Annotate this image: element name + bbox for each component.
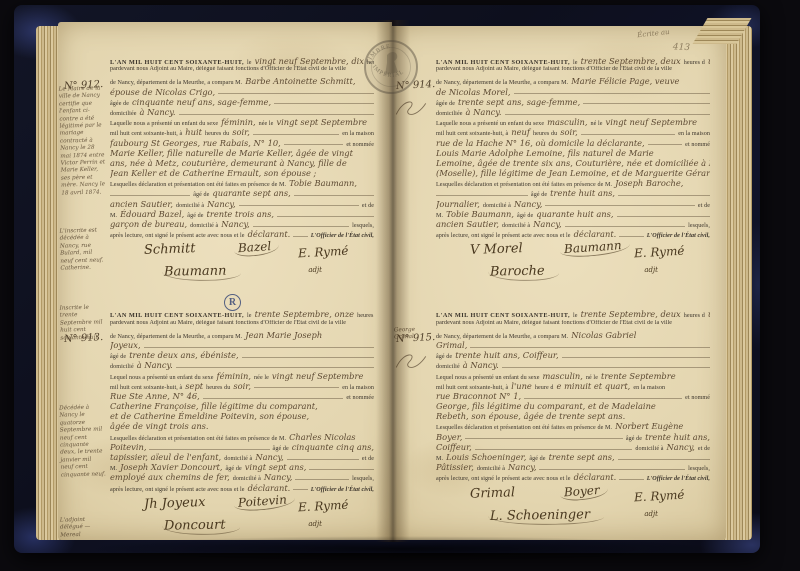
record-line: après lecture, ont signé le présent acte… [436,472,710,482]
signature: Baumann [560,238,631,259]
printed-text: mil huit cent soixante-huit, à [110,385,182,391]
printed-text: lesquels, [688,223,710,229]
printed-text: et nommé [685,395,710,401]
birth-record-913: N° 913.Inscrite le trente Septembre mil … [110,309,374,546]
printed-text: lesquels, [688,466,710,472]
birth-record-912: N° 912.Le Maire de la ville de Nancy cer… [110,56,374,293]
rule-line [242,357,374,358]
record-line: pardevant nous Adjoint au Maire, délégué… [110,320,374,330]
printed-text: et de [698,203,710,209]
printed-text: Lequel nous a présenté un enfant du sexe [436,375,540,381]
signature: L. Schoeninger [488,507,604,526]
printed-text: le [573,313,578,319]
record-line: après lecture, ont signé le présent acte… [436,229,710,239]
printed-text: et de [698,446,710,452]
printed-text: le [247,60,252,66]
margin-note: Inscrite le trente Septembre mil huit ce… [60,305,106,343]
record-line: Marie Keller, fille naturelle de Marie K… [110,148,374,158]
printed-text: domicilié à [233,476,261,482]
left-page: R N° 912.Le Maire de la ville de Nancy c… [58,22,392,540]
handwritten-text: à Nancy. [140,107,176,117]
record-line: Laquelle nous a présenté un enfant du se… [110,117,374,127]
printed-text: en la maison [342,131,374,137]
record-line: L'AN MIL HUIT CENT SOIXANTE-HUIT,letrent… [436,309,710,319]
record-line: rue de la Hache N° 16, où domicile la dé… [436,138,710,148]
printed-text: domicilié à [502,223,530,229]
printed-text: L'Officier de l'État civil, [311,233,374,239]
handwritten-text: ancien Sautier, [436,219,499,229]
record-line: Boyer,âgé detrente huit ans, [436,432,710,442]
handwritten-text: trente trois ans, [207,209,274,219]
rule-line [619,236,643,237]
printed-text: mil huit cent soixante-huit, à [436,385,508,391]
record-line: Louis Marie Adolphe Lemoine, fils nature… [436,148,710,158]
handwritten-text: trente huit ans, [645,432,710,442]
printed-text: et nommé [685,142,710,148]
handwritten-text: Pâtissier, [436,462,474,472]
printed-text: né le [590,121,602,127]
printed-text: de Nancy, département de la Meurthe, a c… [110,334,242,340]
signature: Bazel [233,239,279,258]
printed-text: heures d [684,60,705,66]
handwritten-text: vingt neuf Septembre, dix [255,56,364,66]
printed-text: lesquels, [352,476,374,482]
handwritten-text: trente sept ans, [549,452,615,462]
handwritten-text: rue de la Hache N° 16, où domicile la dé… [436,138,645,148]
printed-text: âgé de [187,213,203,219]
rule-line [470,347,710,348]
printed-text: domiciliée [110,111,137,117]
margin-note: L'adjoint délégué — Mereal [60,517,106,540]
rule-line [648,144,682,145]
printed-text: en la maison [678,131,710,137]
printed-text: M. [436,213,443,219]
record-line: L'AN MIL HUIT CENT SOIXANTE-HUIT,letrent… [436,56,710,66]
handwritten-text: à Nancy. [466,107,502,117]
handwritten-text: Joseph Xavier Doncourt, [120,462,222,472]
record-line: Rue Ste Anne, N° 46,et nommée [110,391,374,401]
handwritten-text: Nancy, [255,452,283,462]
handwritten-text: Boyer, [436,432,462,442]
handwritten-text: Nancy, [667,442,695,452]
record-line: de Nancy, département de la Meurthe, a c… [436,76,710,86]
printed-text: domicilié à [176,203,204,209]
record-line: épouse de Nicolas Crigo, [110,87,374,97]
record-line: de Nicolas Morel, [436,87,710,97]
rule-line [618,195,710,196]
printed-text: née le [259,121,274,127]
record-line: âgée decinquante neuf ans, sage-femme, [110,97,374,107]
printed-text: Lesquelles déclaration et présentation o… [110,182,286,188]
handwritten-text: vingt neuf Septembre [606,117,697,127]
rule-line [274,103,374,104]
record-line: domiciliéeà Nancy. [110,107,374,117]
printed-text: âgé de [436,354,452,360]
printed-text: pardevant nous Adjoint au Maire, délégué… [110,66,346,72]
printed-text: L'AN MIL HUIT CENT SOIXANTE-HUIT, [436,312,570,319]
record-line: M.Louis Schoeninger,âgé detrente sept an… [436,452,710,462]
signature: V Morel [470,241,523,258]
handwritten-text: Journalier, [436,199,480,209]
rule-line [475,449,633,450]
record-line: âgée detrente sept ans, sage-femme, [436,97,710,107]
printed-text: M. [436,456,443,462]
printed-text: née le [254,375,269,381]
record-line: Poitevin,âgé decinquante cinq ans, [110,442,374,452]
officer-paraph: adjt [644,266,658,274]
record-line: mil huit cent soixante-huit, àneufheures… [436,127,710,137]
record-line: domiciliéeà Nancy. [436,107,710,117]
printed-text: âgé de [626,436,642,442]
record-line: faubourg St Georges, rue Rabais, N° 10,e… [110,138,374,148]
handwritten-text: Nancy, [533,219,561,229]
officer-paraph: adjt [644,510,658,518]
printed-text: Lesquelles déclaration et présentation o… [110,436,286,442]
printed-text: âgée de [110,101,129,107]
officer-signature: E. Rymé [633,244,684,261]
record-line: Lemoine, âgée de trente six ans, Couturi… [436,158,710,168]
printed-text: heures du [205,131,229,137]
handwritten-text: Rebeth, son épouse, âgée de trente sept … [436,411,625,421]
printed-text: Lesquelles déclaration et présentation o… [436,425,612,431]
record-line: Lesquelles déclaration et présentation o… [436,421,710,431]
record-line: M.Joseph Xavier Doncourt,âgé devingt sep… [110,462,374,472]
printed-text: Laquelle nous a présenté un enfant du se… [110,121,218,127]
printed-text: Lequel nous a présenté un enfant du sexe [110,375,214,381]
rule-line [539,469,685,470]
rule-line [583,103,710,104]
printed-text: L'AN MIL HUIT CENT SOIXANTE-HUIT, [110,312,244,319]
handwritten-text: masculin, [543,371,583,381]
handwritten-text: quarante sept ans, [212,188,290,198]
handwritten-text: neuf [511,127,530,137]
handwritten-text: Barbe Antoinette Schmitt, [245,76,355,86]
printed-text: domicilié à [477,466,505,472]
handwritten-text: vingt sept Septembre [276,117,367,127]
handwritten-text: soir, [233,381,251,391]
signature: Jh Joyeux [144,495,206,512]
signature: Boyer [560,482,609,501]
record-line: Lesquelles déclaration et présentation o… [436,178,710,188]
record-line: âgé detrente deux ans, ébéniste, [110,350,374,360]
printed-text: âgé de [226,466,242,472]
printed-text: de Nancy, département de la Meurthe, a c… [436,334,568,340]
handwritten-text: l'une [511,381,532,391]
handwritten-text: Norbert Eugène [615,421,683,431]
handwritten-text: Tobie Baumann, [446,209,514,219]
printed-text: domicilié à [224,456,252,462]
record-line: âgé detrente huit ans, [436,188,710,198]
handwritten-text: garçon de bureau, [110,219,187,229]
handwritten-text: déclarant. [574,229,617,239]
printed-text: le [573,60,578,66]
officer-signature: E. Rymé [297,497,348,514]
handwritten-text: Joyeux, [110,340,141,350]
rule-line [565,226,686,227]
officer-signature: E. Rymé [297,244,348,261]
handwritten-text: quarante huit ans, [536,209,613,219]
record-line: de Nancy, département de la Meurthe, a c… [110,76,374,86]
printed-text: pardevant nous Adjoint au Maire, délégué… [110,320,346,326]
printed-text: heure d [535,385,554,391]
printed-text: le [247,313,252,319]
record-line: Lequel nous a présenté un enfant du sexe… [436,371,710,381]
printed-text: heures du [206,385,230,391]
handwritten-text: vingt neuf Septembre [272,371,363,381]
printed-text: de Nancy, département de la Meurthe, a c… [436,80,568,86]
record-line: L'AN MIL HUIT CENT SOIXANTE-HUIT,levingt… [110,56,374,66]
record-line: M.Édouard Bazel,âgé detrente trois ans, [110,209,374,219]
rule-line [176,367,374,368]
handwritten-text: Nicolas Gabriel [571,330,636,340]
rule-line [287,459,359,460]
record-line: Lequel nous a présenté un enfant du sexe… [110,371,374,381]
record-line: après lecture, ont signé le présent acte… [110,229,374,239]
printed-text: M. [110,213,117,219]
printed-text: domicilié [436,364,460,370]
record-line: pardevant nous Adjoint au Maire, délégué… [110,66,374,76]
handwritten-text: faubourg St Georges, rue Rabais, N° 10, [110,138,281,148]
handwritten-text: déclarant. [248,483,291,493]
printed-text: domiciliée [436,111,463,117]
printed-text: âgée de [436,101,455,107]
handwritten-text: trente Septembre, deux [581,309,681,319]
rule-line [277,216,374,217]
handwritten-text: cinquante cinq ans, [292,442,374,452]
handwritten-text: à Nancy. [463,360,499,370]
handwritten-text: Jean Keller et de Catherine Ernault, son… [110,168,316,178]
printed-text: L'Officier de l'État civil, [311,487,374,493]
margin-note: George Grimal. [394,327,430,343]
paraphe-flourish [394,96,428,120]
handwritten-text: féminin, [217,371,251,381]
register-photo-scene: R N° 912.Le Maire de la ville de Nancy c… [0,0,800,571]
printed-text: L'AN MIL HUIT CENT SOIXANTE-HUIT, [110,59,244,66]
handwritten-text: Poitevin, [110,442,146,452]
handwritten-text: Édouard Bazel, [120,209,184,219]
handwritten-text: Joseph Baroche, [615,178,683,188]
record-line: garçon de bureau,domicilié àNancy,lesque… [110,219,374,229]
printed-text: et de [362,203,374,209]
handwritten-text: George, fils légitime du comparant, et d… [436,401,656,411]
handwritten-text: trente Septembre [601,371,676,381]
handwritten-text: u soir, [708,56,710,66]
rule-line [619,479,643,480]
printed-text: âgé de [110,354,126,360]
rule-line [254,387,339,388]
handwritten-text: Coiffeur, [436,442,472,452]
record-line: M.Tobie Baumann,âgé dequarante huit ans, [436,209,710,219]
handwritten-text: déclarant. [574,472,617,482]
record-line: pardevant nous Adjoint au Maire, délégué… [436,320,710,330]
record-line: Jean Keller et de Catherine Ernault, son… [110,168,374,178]
record-line: employé aux chemins de fer,domicilié àNa… [110,472,374,482]
printed-text: en la maison [342,385,374,391]
record-line: Grimal, [436,340,710,350]
record-line: mil huit cent soixante-huit, àseptheures… [110,381,374,391]
handwritten-text: Tobie Baumann, [289,178,357,188]
printed-text: de Nancy, département de la Meurthe, a c… [110,80,242,86]
signature: Baroche [488,264,559,282]
rule-line [617,216,710,217]
imperial-timbre-stamp: TIMBRE IMPÉRIAL [362,38,420,96]
left-page-content: N° 912.Le Maire de la ville de Nancy cer… [58,22,392,540]
rule-line [505,114,710,115]
rule-line [294,195,374,196]
handwritten-text: Lemoine, âgée de trente six ans, Couturi… [436,158,710,168]
record-line: tapissier, aïeul de l'enfant,domicilié à… [110,452,374,462]
paraphe-flourish [394,349,428,373]
printed-text: L'AN MIL HUIT CENT SOIXANTE-HUIT, [436,59,570,66]
birth-record-915: N° 915.George Grimal.L'AN MIL HUIT CENT … [436,309,710,536]
signature: Baumann [162,264,241,282]
record-line: âgé detrente huit ans, Coiffeur, [436,350,710,360]
rule-line [293,236,307,237]
handwritten-text: vingt sept ans, [245,462,307,472]
handwritten-text: Marie Félicie Page, veuve [571,76,679,86]
handwritten-text: ans, née à Metz, couturière, demeurant à… [110,158,347,168]
record-line: Pâtissier,domicilié àNancy,lesquels, [436,462,710,472]
record-line: après lecture, ont signé le présent acte… [110,483,374,493]
record-line: pardevant nous Adjoint au Maire, délégué… [436,66,710,76]
printed-text: après lecture, ont signé le présent acte… [110,233,245,239]
handwritten-text: Nancy, [207,199,235,209]
birth-record-914: N° 914.L'AN MIL HUIT CENT SOIXANTE-HUIT,… [436,56,710,293]
printed-text: L'Officier de l'État civil, [647,233,710,239]
record-line: Journalier,domicilié àNancy,et de [436,199,710,209]
printed-text: pardevant nous Adjoint au Maire, délégué… [436,66,672,72]
handwritten-text: Grimal, [436,340,467,350]
handwritten-text: e minuit et quart, [557,381,631,391]
handwritten-text: trente sept ans, sage-femme, [458,97,580,107]
handwritten-text: trente Septembre, deux [581,56,681,66]
page-stack-edges-left [36,26,60,540]
printed-text: Lesquelles déclaration et présentation o… [436,182,612,188]
record-line: Coiffeur,domicilié àNancy,et de [436,442,710,452]
rule-line [502,367,710,368]
printed-text: âgé de [273,446,289,452]
handwritten-text: rue Braconnot N° 1, [436,391,521,401]
record-line: domiciliéà Nancy. [110,360,374,370]
rule-line [514,93,710,94]
printed-text: né le [586,375,598,381]
printed-text: heures du [533,131,557,137]
margin-note: Décédée à Nancy le quatorze Septembre mi… [59,405,106,480]
rule-line [179,114,374,115]
record-line: de Nancy, département de la Meurthe, a c… [110,330,374,340]
record-line: de Nancy, département de la Meurthe, a c… [436,330,710,340]
handwritten-text: Charles Nicolas [289,432,355,442]
handwritten-text: cinquante neuf ans, sage-femme, [132,97,271,107]
record-line: George, fils légitime du comparant, et d… [436,401,710,411]
printed-text: et nommée [346,395,374,401]
rule-line [295,479,349,480]
record-line: mil huit cent soixante-huit, àhuitheures… [110,127,374,137]
handwritten-text: (Moselle), fille légitime de Jean Lemoin… [436,168,710,178]
handwritten-text: sept [185,381,203,391]
printed-text: âgé de [531,192,547,198]
printed-text: M. [110,466,117,472]
printed-text: après lecture, ont signé le présent acte… [110,487,245,493]
book-drop-shadow [80,536,720,562]
rule-line [309,469,374,470]
handwritten-text: et de Catherine Émeldine Poitevin, son é… [110,411,309,421]
margin-note: Le Maire de la ville de Nancy certifie q… [59,85,107,197]
rule-line [110,195,190,196]
margin-note: L'inscrite est décédée à Nancy, rue Bula… [59,227,105,273]
printed-text: domicilié [110,364,134,370]
handwritten-text: âgée de vingt trois ans. [110,421,209,431]
signature-block: V MorelBaumannBarocheE. Ryméadjt [436,239,710,293]
rule-line [524,398,682,399]
record-line: Lesquelles déclaration et présentation o… [110,432,374,442]
record-line: âgé dequarante sept ans, [110,188,374,198]
signature-block: SchmittBazelBaumannE. Ryméadjt [110,239,374,293]
rule-line [618,459,710,460]
signature: Schmitt [144,241,196,258]
rule-line [465,438,622,439]
handwritten-text: de Nicolas Morel, [436,87,511,97]
printed-text: mil huit cent soixante-huit, à [436,131,508,137]
rule-line [149,449,269,450]
handwritten-text: soir, [560,127,578,137]
printed-text: et de [362,456,374,462]
rule-line [144,347,374,348]
printed-text: L'Officier de l'État civil, [647,476,710,482]
handwritten-text: Nancy, [221,219,249,229]
officer-paraph: adjt [308,266,322,274]
record-line: ancien Sautier,domicilié àNancy,et de [110,199,374,209]
handwritten-text: Nancy, [508,462,536,472]
printed-text: pardevant nous Adjoint au Maire, délégué… [436,320,672,326]
rule-line [545,205,695,206]
record-line: Catherine Françoise, fille légitime du c… [110,401,374,411]
signature: Poitevin [234,492,296,512]
handwritten-text: trente huit ans, [550,188,615,198]
record-line: et de Catherine Émeldine Poitevin, son é… [110,411,374,421]
rule-line [218,93,374,94]
handwritten-text: ancien Sautier, [110,199,173,209]
handwritten-text: trente huit ans, Coiffeur, [455,350,558,360]
handwritten-text: Louis Marie Adolphe Lemoine, fils nature… [436,148,654,158]
rule-line [284,144,344,145]
right-page: TIMBRE IMPÉRIAL N° 914.L'AN MIL HUIT CEN… [392,26,726,540]
printed-text: domicilié à [190,223,218,229]
rule-line [436,195,528,196]
handwritten-text: à Nancy. [137,360,173,370]
record-line: Lesquelles déclaration et présentation o… [110,178,374,188]
handwritten-text: Rue Ste Anne, N° 46, [110,391,200,401]
rule-line [239,205,359,206]
page-stack-edges-right [722,26,752,540]
record-line: mil huit cent soixante-huit, àl'uneheure… [436,381,710,391]
printed-text: lesquels, [352,223,374,229]
printed-text: âgé de [529,456,545,462]
record-line: Rebeth, son épouse, âgée de trente sept … [436,411,710,421]
printed-text: heures d [357,313,374,319]
rule-line [253,134,339,135]
printed-text: âgé de [517,213,533,219]
record-line: Laquelle nous a présenté un enfant du se… [436,117,710,127]
printed-text: mil huit cent soixante-huit, à [110,131,182,137]
record-line: (Moselle), fille légitime de Jean Lemoin… [436,168,710,178]
handwritten-text: épouse de Nicolas Crigo, [110,87,215,97]
handwritten-text: trente Septembre, onze [255,309,355,319]
officer-signature: E. Rymé [633,487,684,504]
rule-line [562,357,710,358]
handwritten-text: huit [185,127,202,137]
record-line: L'AN MIL HUIT CENT SOIXANTE-HUIT,letrent… [110,309,374,319]
